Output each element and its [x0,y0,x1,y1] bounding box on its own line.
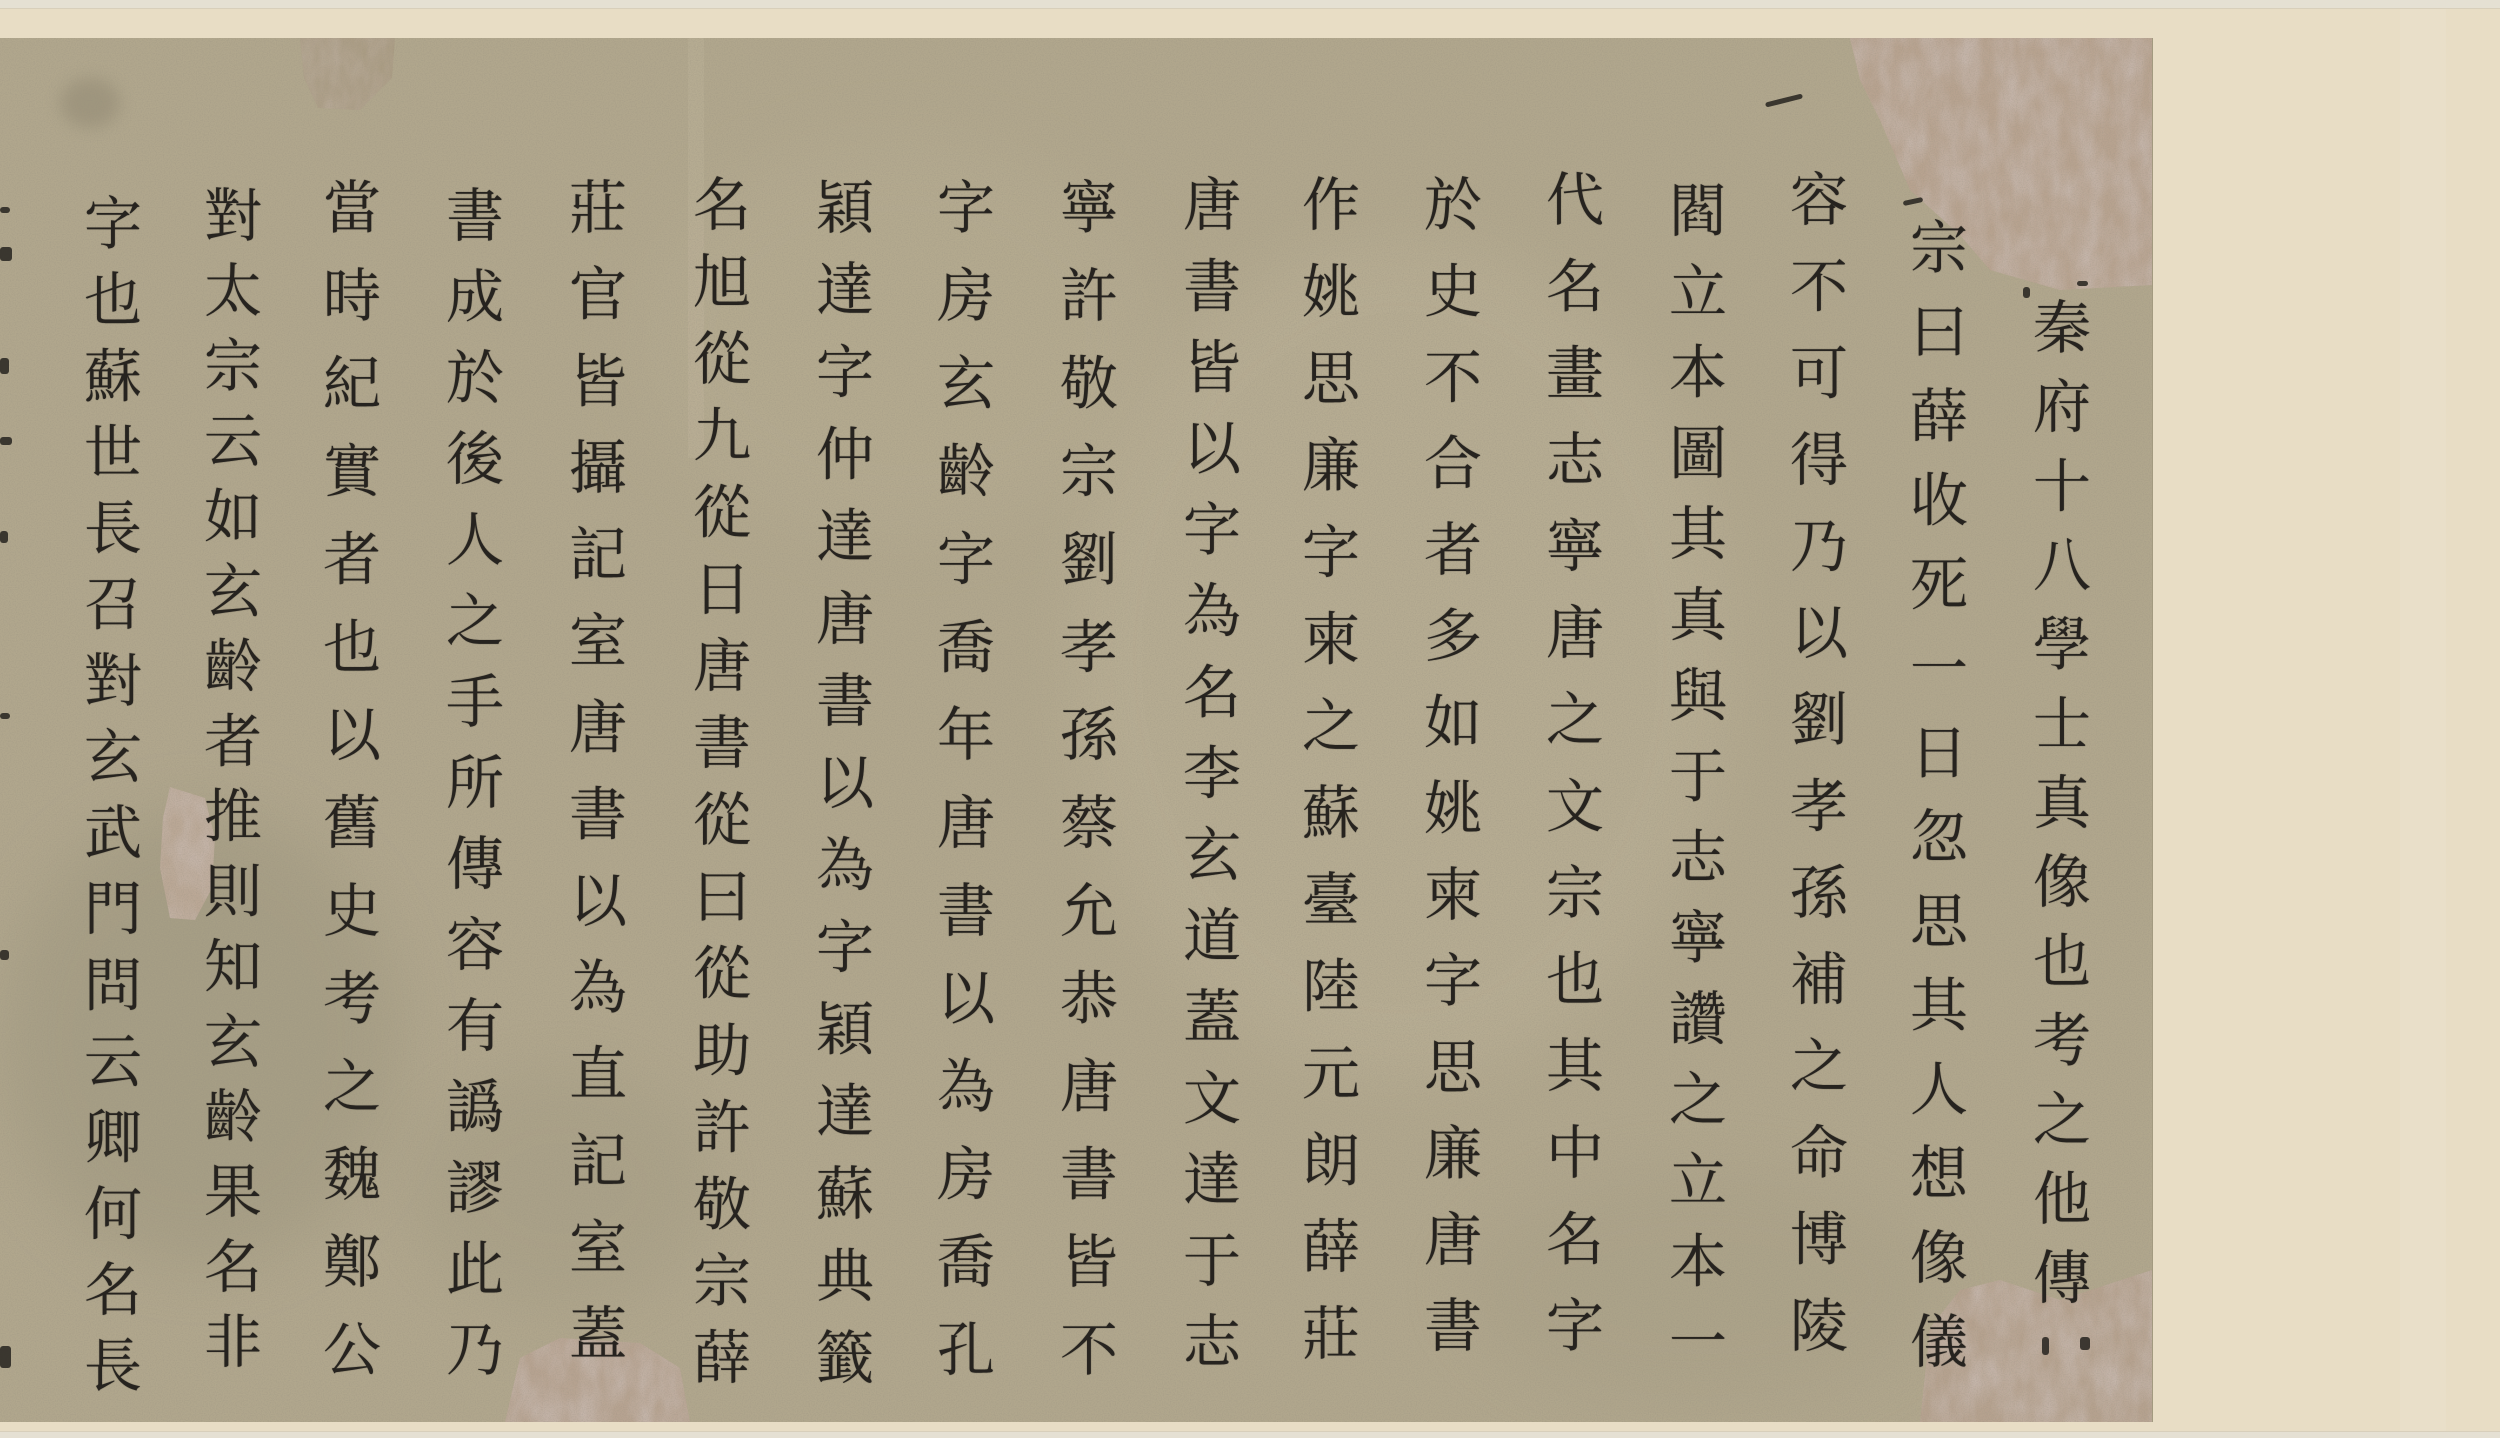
calligraphy-column-9: 寧許敬宗劉孝孫蔡允恭唐書皆不 [1048,177,1120,1377]
ink-fragment [2077,281,2088,286]
cropped-column-fragment [0,713,10,719]
ink-fragment [2080,1337,2090,1350]
calligraphy-column-17: 字也蘇世長召對玄武門問云卿何名長 [72,193,144,1393]
calligraphy-column-11: 穎達字仲達唐書以為字穎達蘇典籤 [804,177,876,1385]
calligraphy-column-2: 宗曰薛收死一日忽思其人想像儀 [1898,217,1970,1369]
calligraphy-column-12: 名旭從九從日唐書從曰從助許敬宗薛 [681,174,753,1385]
ink-fragment [2023,287,2030,298]
calligraphy-column-13: 莊官皆攝記室唐書以為直記室蓋 [557,177,629,1361]
cropped-column-fragment [0,1346,11,1368]
cropped-column-fragment [0,531,8,543]
calligraphy-column-15: 當時紀實者也以舊史考之魏鄭公 [311,177,383,1377]
cropped-column-fragment [0,358,9,374]
cropped-column-fragment [0,950,9,960]
calligraphy-column-3: 容不可得乃以劉孝孫補之命博陵 [1778,169,1850,1353]
calligraphy-column-14: 書成於後人之手所傳容有譌謬此乃 [434,185,506,1377]
cropped-column-fragment [0,207,10,213]
calligraphy-column-16: 對太宗云如玄齡者推則知玄齡果名非 [192,185,264,1369]
calligraphy-column-10: 字房玄齡字喬年唐書以為房喬孔 [925,177,997,1377]
ink-fragment [2042,1337,2049,1355]
mount-light-band [2400,0,2446,1438]
calligraphy-column-1: 秦府十八學士真像也考之他傳 [2021,297,2093,1305]
calligraphy-column-5: 代名畫志寧唐之文宗也其中名字 [1534,169,1606,1353]
top-silk-border [0,0,2500,9]
calligraphy-column-4: 閻立本圖其真與于志寧讚之立本一 [1657,180,1729,1369]
calligraphy-column-8: 唐書皆以字為名李玄道蓋文達于志 [1171,174,1243,1369]
cropped-column-fragment [0,437,12,445]
calligraphy-column-7: 作姚思廉字柬之蘇臺陸元朗薛莊 [1290,174,1362,1361]
calligraphy-column-6: 於史不合者多如姚柬字思廉唐書 [1412,174,1484,1353]
cropped-column-fragment [0,247,12,261]
bottom-silk-border [0,1431,2500,1438]
